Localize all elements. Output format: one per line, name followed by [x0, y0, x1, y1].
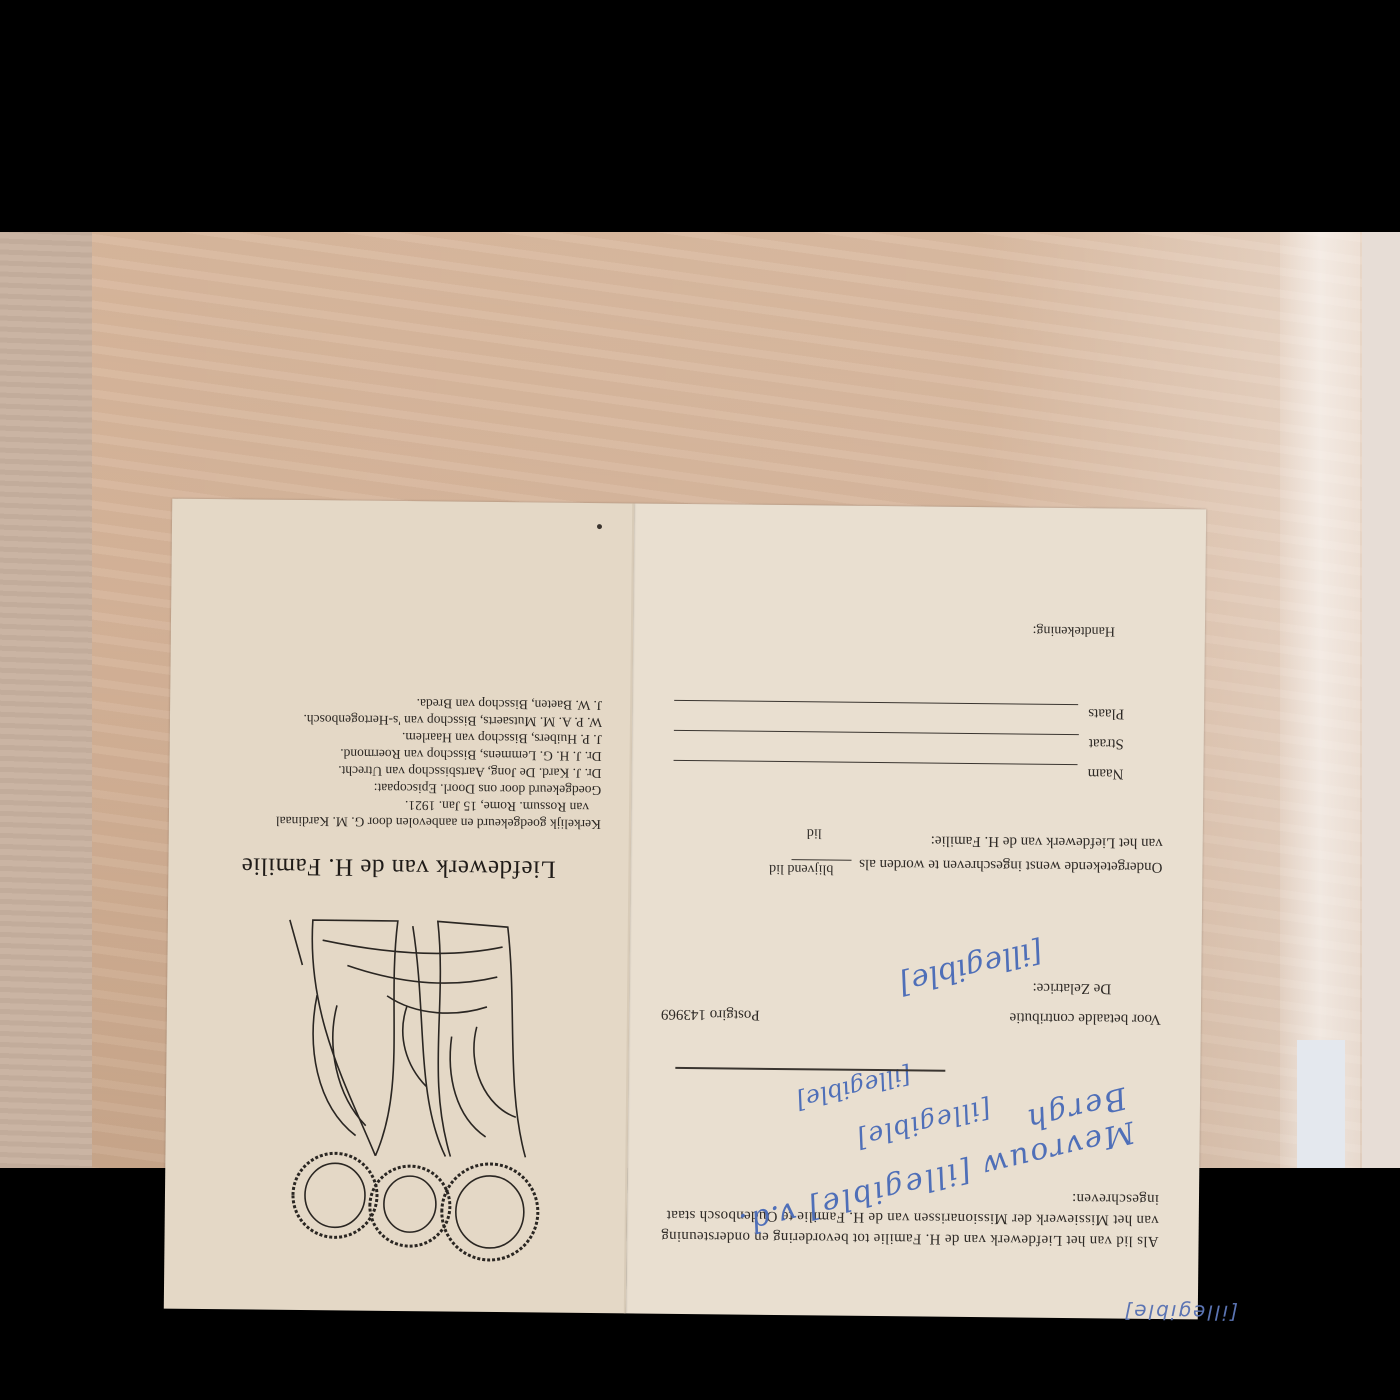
contribution-row: Voor betaalde contributie Postgiro 14396… — [661, 1005, 1161, 1027]
zelatrice-signature: [illegible] — [896, 933, 1045, 1001]
place-field: Plaats — [674, 700, 1124, 724]
signup-text-1: Ondergetekende wenst ingeschreven te wor… — [859, 856, 1163, 875]
holy-family-illustration-icon — [284, 900, 548, 1268]
postgiro-number: Postgiro 143969 — [661, 1005, 760, 1023]
signup-text-2: van het Liefdewerk van de H. Familie: — [931, 833, 1163, 851]
street-line — [674, 730, 1079, 753]
name-label: Naam — [1088, 764, 1124, 781]
ink-dot — [597, 524, 602, 529]
sleeve-edge-glare — [1280, 232, 1360, 1168]
wall-strip-right — [1362, 232, 1400, 1168]
street-field: Straat — [674, 730, 1124, 754]
name-field: Naam — [673, 760, 1123, 784]
form-panel: [illegible] Als lid van het Liefdewerk v… — [626, 503, 1206, 1319]
option-permanent-member: blijvend lid — [769, 856, 833, 881]
place-label: Plaats — [1088, 704, 1124, 721]
card-title: Liefdewerk van de H. Familie — [198, 851, 598, 883]
wood-board-left — [0, 232, 92, 1168]
contribution-label: Voor betaalde contributie — [1009, 1008, 1161, 1027]
zelatrice-label: De Zelatrice: — [1032, 979, 1111, 997]
option-member: lid — [807, 820, 822, 844]
photo-scene: [illegible] Als lid van het Liefdewerk v… — [0, 232, 1400, 1168]
membership-card: [illegible] Als lid van het Liefdewerk v… — [164, 499, 1206, 1320]
place-line — [674, 700, 1078, 723]
approvals-list: Kerkelijk goedgekeurd en aanbevolen door… — [201, 693, 602, 833]
street-label: Straat — [1089, 734, 1124, 751]
signup-text: Ondergetekende wenst ingeschreven te wor… — [662, 826, 1162, 879]
label-tab — [1297, 1040, 1345, 1168]
signature-label: Handtekening: — [1032, 622, 1115, 639]
handwritten-corner-note: [illegible] — [1122, 1300, 1238, 1325]
cover-panel: Liefdewerk van de H. Familie Kerkelijk g… — [164, 499, 634, 1314]
membership-type-blank: blijvend lid lid — [791, 859, 851, 861]
name-line — [673, 760, 1077, 783]
